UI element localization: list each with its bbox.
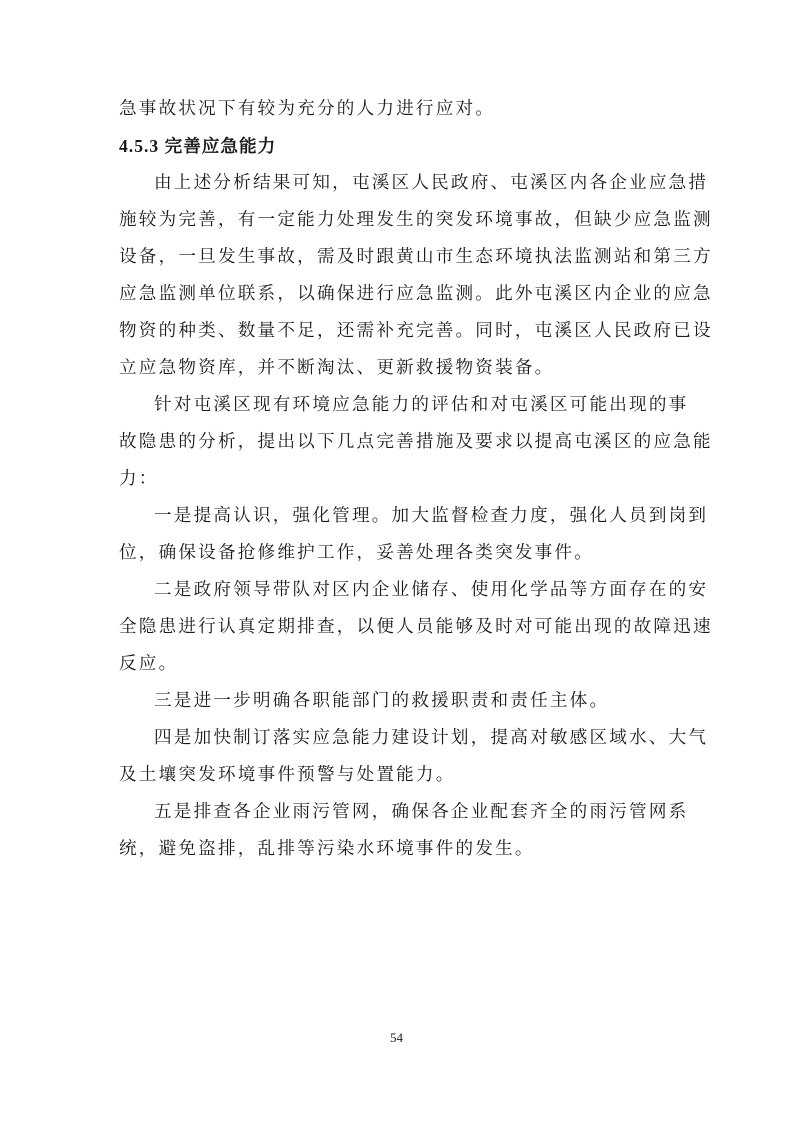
page-number: 54 xyxy=(0,1030,793,1046)
paragraph-line: 故隐患的分析，提出以下几点完善措施及要求以提高屯溪区的应急能 xyxy=(119,430,713,454)
paragraph-line: 应急监测单位联系，以确保进行应急监测。此外屯溪区内企业的应急 xyxy=(119,282,713,306)
paragraph-line: 针对屯溪区现有环境应急能力的评估和对屯溪区可能出现的事 xyxy=(154,393,688,417)
paragraph-line: 由上述分析结果可知，屯溪区人民政府、屯溪区内各企业应急措 xyxy=(154,171,708,195)
paragraph-line: 力： xyxy=(119,467,159,491)
list-item-line: 一是提高认识，强化管理。加大监督检查力度，强化人员到岗到 xyxy=(154,504,708,528)
paragraph-line: 急事故状况下有较为充分的人力进行应对。 xyxy=(119,97,495,121)
list-item-line: 二是政府领导带队对区内企业储存、使用化学品等方面存在的安 xyxy=(154,578,708,602)
section-number: 4.5.3 xyxy=(119,136,159,156)
list-item-line: 反应。 xyxy=(119,652,178,676)
paragraph-line: 施较为完善，有一定能力处理发生的突发环境事故，但缺少应急监测 xyxy=(119,208,713,232)
list-item-line: 及土壤突发环境事件预警与处置能力。 xyxy=(119,763,456,787)
list-item-line: 位，确保设备抢修维护工作，妥善处理各类突发事件。 xyxy=(119,541,594,565)
paragraph-line: 设备，一旦发生事故，需及时跟黄山市生态环境执法监测站和第三方 xyxy=(119,245,713,269)
list-item-line: 四是加快制订落实应急能力建设计划，提高对敏感区域水、大气 xyxy=(154,726,708,750)
section-heading: 4.5.3 完善应急能力 xyxy=(119,134,276,158)
paragraph-line: 立应急物资库，并不断淘汰、更新救援物资装备。 xyxy=(119,356,554,380)
list-item-line: 五是排查各企业雨污管网，确保各企业配套齐全的雨污管网系 xyxy=(154,800,688,824)
list-item-line: 三是进一步明确各职能部门的救援职责和责任主体。 xyxy=(154,689,609,713)
section-title: 完善应急能力 xyxy=(165,136,277,156)
list-item-line: 统，避免盗排，乱排等污染水环境事件的发生。 xyxy=(119,837,535,861)
paragraph-line: 物资的种类、数量不足，还需补充完善。同时，屯溪区人民政府已设 xyxy=(119,319,713,343)
list-item-line: 全隐患进行认真定期排查，以便人员能够及时对可能出现的故障迅速 xyxy=(119,615,713,639)
